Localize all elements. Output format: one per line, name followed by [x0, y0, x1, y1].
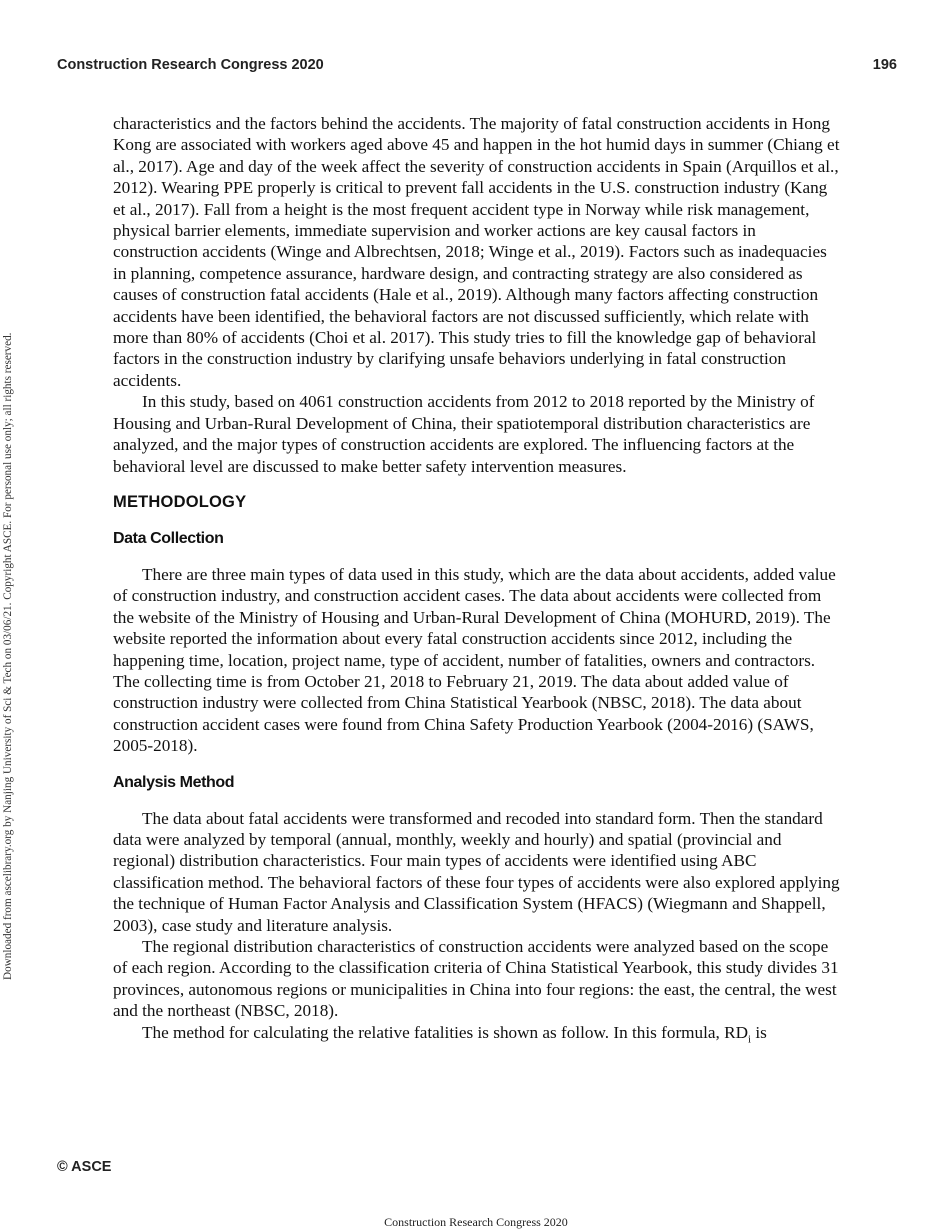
page-number: 196 — [873, 57, 897, 73]
footer-conference: Construction Research Congress 2020 — [0, 1215, 952, 1230]
formula-intro-text: The method for calculating the relative … — [142, 1023, 748, 1042]
copyright-notice: © ASCE — [57, 1159, 111, 1175]
running-header: Construction Research Congress 2020 196 — [57, 57, 897, 73]
intro-paragraph-study: In this study, based on 4061 constructio… — [113, 391, 843, 477]
formula-intro-suffix: is — [751, 1023, 767, 1042]
page-body: characteristics and the factors behind t… — [113, 113, 843, 1050]
analysis-method-paragraph-2: The regional distribution characteristic… — [113, 936, 843, 1022]
section-heading-methodology: METHODOLOGY — [113, 491, 843, 513]
analysis-method-paragraph-1: The data about fatal accidents were tran… — [113, 808, 843, 936]
data-collection-paragraph: There are three main types of data used … — [113, 564, 843, 757]
intro-paragraph-continued: characteristics and the factors behind t… — [113, 113, 843, 391]
download-notice: Downloaded from ascelibrary.org by Nanji… — [2, 250, 14, 980]
analysis-method-paragraph-3: The method for calculating the relative … — [113, 1022, 843, 1051]
conference-title: Construction Research Congress 2020 — [57, 57, 324, 73]
subsection-heading-data-collection: Data Collection — [113, 528, 843, 550]
subsection-heading-analysis-method: Analysis Method — [113, 772, 843, 794]
